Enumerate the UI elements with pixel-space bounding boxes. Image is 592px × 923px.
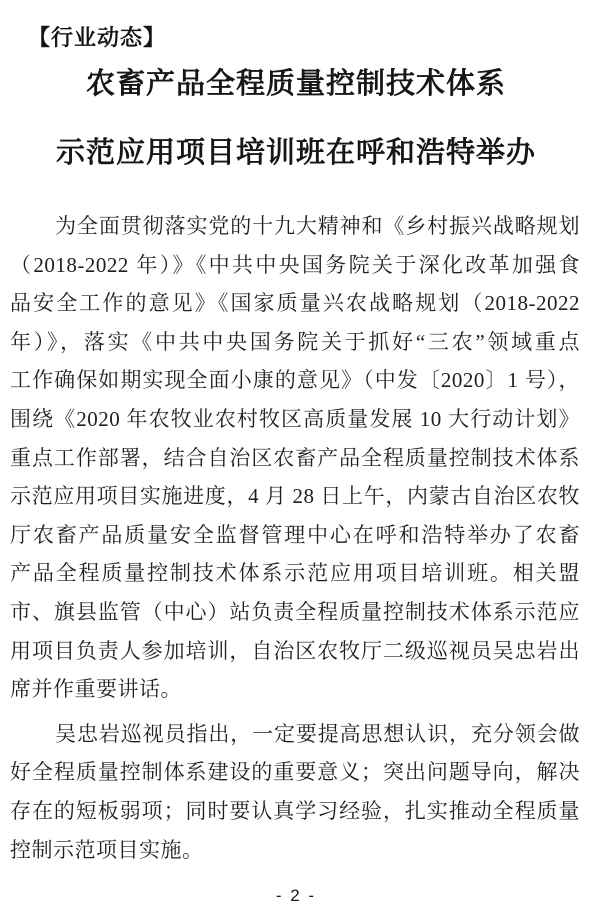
section-tag: 【行业动态】 xyxy=(28,26,592,50)
body-line: 示范应用项目实施进度，4 月 28 日上午，内蒙古自治区农牧 xyxy=(10,477,580,516)
body-line: 厅农畜产品质量安全监督管理中心在呼和浩特举办了农畜 xyxy=(10,516,580,555)
document-title: 农畜产品全程质量控制技术体系 示范应用项目培训班在呼和浩特举办 xyxy=(0,66,592,171)
paragraph-1: 为全面贯彻落实党的十九大精神和《乡村振兴战略规划 （2018-2022 年）》《… xyxy=(10,207,580,709)
body-line: 席并作重要讲话。 xyxy=(10,670,580,709)
page-number: - 2 - xyxy=(0,886,592,906)
body-line: 工作确保如期实现全面小康的意见》（中发〔2020〕1 号）， xyxy=(10,361,580,400)
body-line: 控制示范项目实施。 xyxy=(10,831,580,870)
document-title-line-2: 示范应用项目培训班在呼和浩特举办 xyxy=(0,135,592,171)
document-page: 【行业动态】 农畜产品全程质量控制技术体系 示范应用项目培训班在呼和浩特举办 为… xyxy=(0,0,592,923)
body-line: 年）》，落实《中共中央国务院关于抓好“三农”领域重点 xyxy=(10,323,580,362)
article-body: 为全面贯彻落实党的十九大精神和《乡村振兴战略规划 （2018-2022 年）》《… xyxy=(10,207,580,869)
body-line: （2018-2022 年）》《中共中央国务院关于深化改革加强食 xyxy=(10,246,580,285)
body-line: 产品全程质量控制技术体系示范应用项目培训班。相关盟 xyxy=(10,554,580,593)
body-line: 用项目负责人参加培训，自治区农牧厅二级巡视员吴忠岩出 xyxy=(10,632,580,671)
body-line: 好全程质量控制体系建设的重要意义；突出问题导向，解决 xyxy=(10,753,580,792)
body-line: 围绕《2020 年农牧业农村牧区高质量发展 10 大行动计划》 xyxy=(10,400,580,439)
body-line: 吴忠岩巡视员指出，一定要提高思想认识，充分领会做 xyxy=(10,715,580,754)
body-line: 品安全工作的意见》《国家质量兴农战略规划（2018-2022 xyxy=(10,284,580,323)
body-line: 重点工作部署，结合自治区农畜产品全程质量控制技术体系 xyxy=(10,439,580,478)
body-line: 市、旗县监管（中心）站负责全程质量控制技术体系示范应 xyxy=(10,593,580,632)
body-line: 为全面贯彻落实党的十九大精神和《乡村振兴战略规划 xyxy=(10,207,580,246)
document-title-line-1: 农畜产品全程质量控制技术体系 xyxy=(0,66,592,102)
body-line: 存在的短板弱项；同时要认真学习经验，扎实推动全程质量 xyxy=(10,792,580,831)
paragraph-2: 吴忠岩巡视员指出，一定要提高思想认识，充分领会做 好全程质量控制体系建设的重要意… xyxy=(10,715,580,869)
